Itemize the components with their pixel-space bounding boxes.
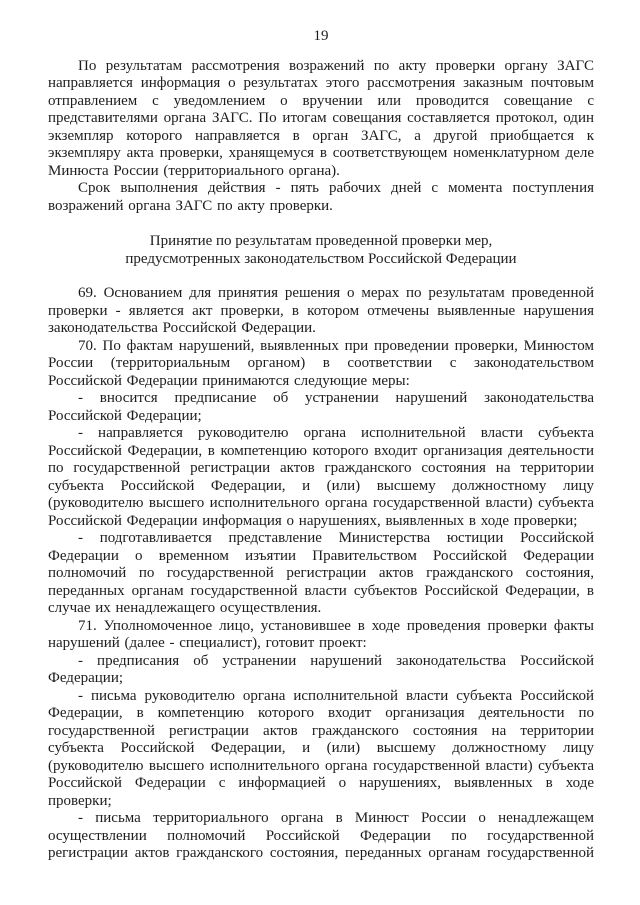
paragraph: - письма территориального органа в Минюс… [48,810,594,863]
paragraph: - вносится предписание об устранении нар… [48,390,594,425]
paragraph: 69. Основанием для принятия решения о ме… [48,285,594,338]
paragraph: - подготавливается представление Министе… [48,530,594,618]
paragraph: Срок выполнения действия - пять рабочих … [48,180,594,215]
document-body: По результатам рассмотрения возражений п… [48,58,594,863]
section-heading-line: предусмотренных законодательством Россий… [48,251,594,269]
paragraph: - предписания об устранении нарушений за… [48,653,594,688]
section-heading: Принятие по результатам проведенной пров… [48,233,594,268]
paragraph: По результатам рассмотрения возражений п… [48,58,594,181]
paragraph: - направляется руководителю органа испол… [48,425,594,530]
paragraph: - письма руководителю органа исполнитель… [48,688,594,811]
page-number: 19 [48,28,594,46]
section-heading-line: Принятие по результатам проведенной пров… [48,233,594,251]
paragraph: 71. Уполномоченное лицо, установившее в … [48,618,594,653]
paragraph: 70. По фактам нарушений, выявленных при … [48,338,594,391]
document-page: 19 По результатам рассмотрения возражени… [0,0,640,905]
document-content: 19 По результатам рассмотрения возражени… [48,28,594,863]
